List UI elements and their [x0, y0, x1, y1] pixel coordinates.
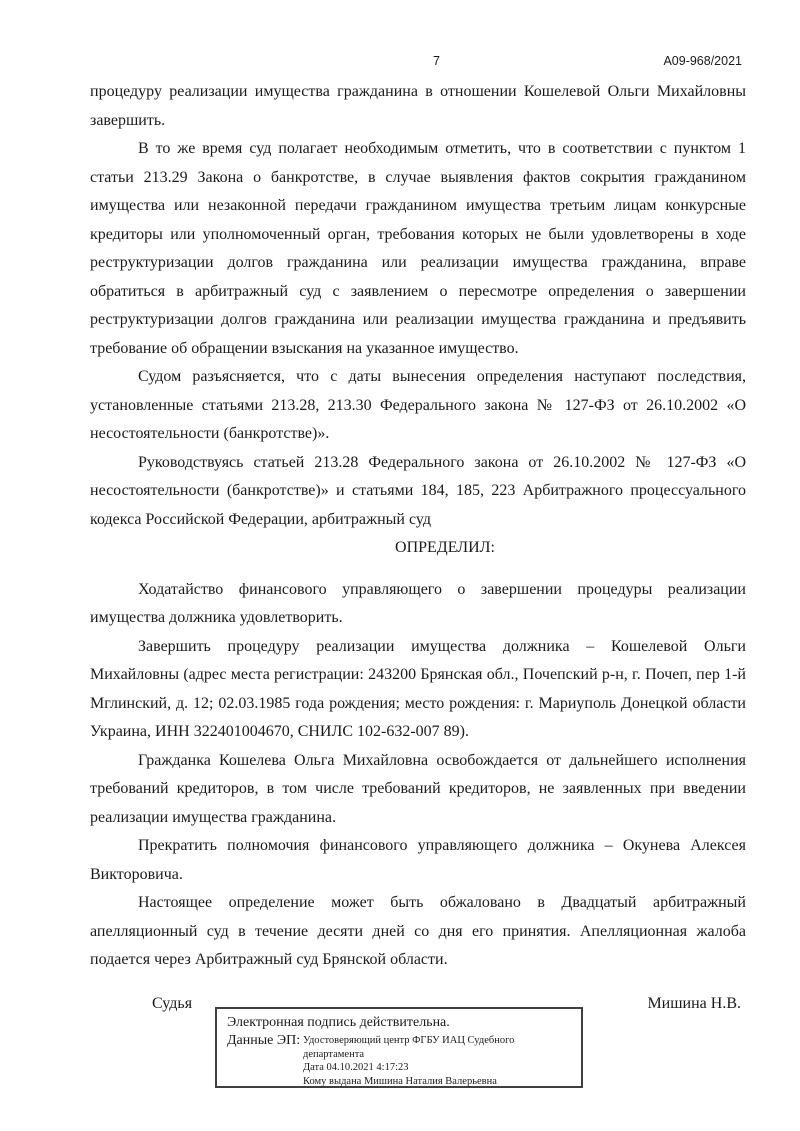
paragraph: Судом разъясняется, что с даты вынесения…: [90, 363, 746, 449]
signature-stamp: Электронная подпись действительна. Данны…: [215, 1007, 583, 1088]
paragraph: В то же время суд полагает необходимым о…: [90, 135, 746, 363]
paragraph: Настоящее определение может быть обжалов…: [90, 889, 746, 975]
stamp-details: Удостоверяющий центр ФГБУ ИАЦ Судебного …: [303, 1033, 573, 1088]
case-number: А09-968/2021: [663, 54, 742, 68]
stamp-detail-line: Дата 04.10.2021 4:17:23: [303, 1061, 573, 1075]
stamp-title: Электронная подпись действительна.: [227, 1013, 573, 1032]
paragraph: Гражданка Кошелева Ольга Михайловна осво…: [90, 747, 746, 833]
stamp-data-row: Данные ЭП: Удостоверяющий центр ФГБУ ИАЦ…: [227, 1033, 573, 1088]
paragraph: процедуру реализации имущества гражданин…: [90, 78, 746, 135]
document-body: процедуру реализации имущества гражданин…: [90, 78, 746, 1018]
paragraph: Прекратить полномочия финансового управл…: [90, 832, 746, 889]
judge-label: Судья: [152, 990, 192, 1019]
resolution-heading: ОПРЕДЕЛИЛ:: [144, 534, 746, 563]
paragraph: Ходатайство финансового управляющего о з…: [90, 576, 746, 633]
judge-name: Мишина Н.В.: [647, 990, 741, 1019]
page-number: 7: [433, 54, 440, 68]
stamp-label: Данные ЭП:: [227, 1033, 303, 1088]
paragraph: Завершить процедуру реализации имущества…: [90, 633, 746, 747]
stamp-detail-line: Удостоверяющий центр ФГБУ ИАЦ Судебного …: [303, 1034, 573, 1061]
page-header: 7 А09-968/2021: [90, 54, 746, 72]
stamp-detail-line: Кому выдана Мишина Наталия Валерьевна: [303, 1075, 573, 1089]
paragraph: Руководствуясь статьей 213.28 Федерально…: [90, 449, 746, 535]
document-page: 7 А09-968/2021 процедуру реализации имущ…: [0, 0, 800, 1131]
